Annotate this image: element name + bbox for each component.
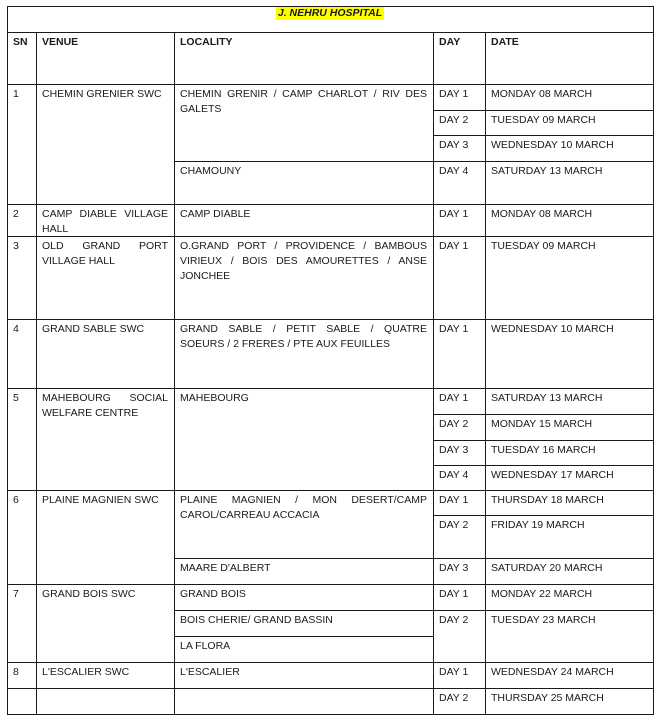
session-date: TUESDAY 09 MARCH [485, 110, 653, 131]
session-day: DAY 1 [433, 319, 485, 340]
session-date: TUESDAY 09 MARCH [485, 236, 653, 257]
venue-name: OLD GRAND PORT VILLAGE HALL [36, 236, 174, 272]
session-date: FRIDAY 19 MARCH [485, 515, 653, 536]
locality: CHAMOUNY [174, 161, 433, 182]
session-date: TUESDAY 16 MARCH [485, 440, 653, 461]
vertical-rule [7, 6, 8, 715]
horizontal-rule [433, 465, 654, 466]
session-day: DAY 2 [433, 610, 485, 631]
column-header-venue: VENUE [36, 32, 174, 53]
session-day: DAY 2 [433, 414, 485, 435]
horizontal-rule [433, 135, 654, 136]
locality: MAHEBOURG [174, 388, 433, 409]
session-day: DAY 1 [433, 388, 485, 409]
hospital-title: J. NEHRU HOSPITAL [276, 6, 384, 20]
locality: L'ESCALIER [174, 662, 433, 683]
session-day: DAY 1 [433, 490, 485, 511]
session-day: DAY 3 [433, 558, 485, 579]
venue-name: L'ESCALIER SWC [36, 662, 174, 683]
locality: CAMP DIABLE [174, 204, 433, 225]
session-date: MONDAY 15 MARCH [485, 414, 653, 435]
horizontal-rule [7, 319, 654, 320]
session-day: DAY 2 [433, 688, 485, 709]
locality: PLAINE MAGNIEN / MON DESERT/CAMP CAROL/C… [174, 490, 433, 526]
table-title-row: J. NEHRU HOSPITAL [7, 6, 653, 21]
horizontal-rule [174, 161, 434, 162]
venue-name: CAMP DIABLE VILLAGE HALL [36, 204, 174, 240]
serial-number: 8 [7, 662, 36, 683]
venue-name: PLAINE MAGNIEN SWC [36, 490, 174, 511]
session-date: WEDNESDAY 10 MARCH [485, 319, 653, 340]
horizontal-rule [174, 610, 434, 611]
session-date: WEDNESDAY 24 MARCH [485, 662, 653, 683]
horizontal-rule [433, 161, 654, 162]
session-date: SATURDAY 20 MARCH [485, 558, 653, 579]
venue-name: CHEMIN GRENIER SWC [36, 84, 174, 105]
column-header-sn: SN [7, 32, 36, 53]
horizontal-rule [7, 6, 654, 7]
session-date: THURSDAY 25 MARCH [485, 688, 653, 709]
locality: O.GRAND PORT / PROVIDENCE / BAMBOUS VIRI… [174, 236, 433, 287]
serial-number: 3 [7, 236, 36, 257]
vertical-rule [653, 6, 654, 715]
horizontal-rule [433, 558, 654, 559]
serial-number: 6 [7, 490, 36, 511]
session-date: WEDNESDAY 17 MARCH [485, 465, 653, 486]
horizontal-rule [7, 584, 654, 585]
serial-number: 2 [7, 204, 36, 225]
horizontal-rule [7, 662, 654, 663]
horizontal-rule [433, 440, 654, 441]
session-day: DAY 2 [433, 515, 485, 536]
locality: BOIS CHERIE/ GRAND BASSIN [174, 610, 433, 631]
horizontal-rule [7, 32, 654, 33]
horizontal-rule [433, 610, 654, 611]
session-day: DAY 1 [433, 584, 485, 605]
column-header-date: DATE [485, 32, 653, 53]
horizontal-rule [433, 110, 654, 111]
venue-name: GRAND SABLE SWC [36, 319, 174, 340]
session-date: TUESDAY 23 MARCH [485, 610, 653, 631]
session-date: WEDNESDAY 10 MARCH [485, 135, 653, 156]
horizontal-rule [174, 688, 434, 689]
session-day: DAY 1 [433, 84, 485, 105]
session-day: DAY 1 [433, 204, 485, 225]
session-date: THURSDAY 18 MARCH [485, 490, 653, 511]
session-date: MONDAY 08 MARCH [485, 84, 653, 105]
locality: GRAND SABLE / PETIT SABLE / QUATRE SOEUR… [174, 319, 433, 355]
venue-name: MAHEBOURG SOCIAL WELFARE CENTRE [36, 388, 174, 424]
session-day: DAY 3 [433, 440, 485, 461]
horizontal-rule [7, 388, 654, 389]
session-day: DAY 2 [433, 110, 485, 131]
horizontal-rule [7, 84, 654, 85]
locality: MAARE D'ALBERT [174, 558, 433, 579]
column-header-locality: LOCALITY [174, 32, 433, 53]
horizontal-rule [7, 688, 175, 689]
vertical-rule [174, 32, 175, 715]
session-day: DAY 4 [433, 161, 485, 182]
session-day: DAY 1 [433, 236, 485, 257]
horizontal-rule [433, 688, 654, 689]
vertical-rule [36, 32, 37, 715]
session-date: MONDAY 22 MARCH [485, 584, 653, 605]
horizontal-rule [433, 515, 654, 516]
venue-name: GRAND BOIS SWC [36, 584, 174, 605]
locality: CHEMIN GRENIR / CAMP CHARLOT / RIV DES G… [174, 84, 433, 120]
session-day: DAY 3 [433, 135, 485, 156]
session-day: DAY 4 [433, 465, 485, 486]
locality: GRAND BOIS [174, 584, 433, 605]
horizontal-rule [7, 204, 654, 205]
serial-number: 5 [7, 388, 36, 409]
serial-number: 4 [7, 319, 36, 340]
serial-number: 1 [7, 84, 36, 105]
horizontal-rule [433, 414, 654, 415]
column-header-day: DAY [433, 32, 485, 53]
serial-number: 7 [7, 584, 36, 605]
horizontal-rule [174, 558, 434, 559]
horizontal-rule [174, 636, 434, 637]
locality: LA FLORA [174, 636, 433, 657]
session-date: SATURDAY 13 MARCH [485, 161, 653, 182]
session-day: DAY 1 [433, 662, 485, 683]
session-date: MONDAY 08 MARCH [485, 204, 653, 225]
horizontal-rule [7, 236, 654, 237]
horizontal-rule [7, 714, 654, 715]
session-date: SATURDAY 13 MARCH [485, 388, 653, 409]
horizontal-rule [7, 490, 654, 491]
